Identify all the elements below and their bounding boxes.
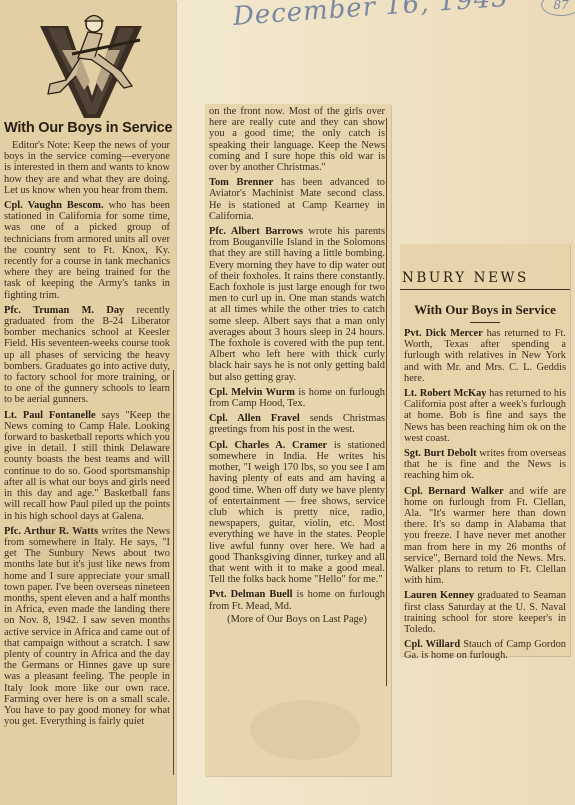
article-column-middle: on the front now. Most of the girls over…: [209, 106, 385, 629]
news-item: Pfc. Arthur R. Watts writes the News fro…: [4, 526, 170, 728]
clipping-left: With Our Boys in Service Editor's Note: …: [0, 0, 176, 805]
news-item: Sgt. Burt Debolt writes from overseas th…: [404, 448, 566, 482]
news-item: Pfc. Albert Barrows wrote his parents fr…: [209, 226, 385, 383]
article-column-left: Editor's Note: Keep the news of your boy…: [4, 140, 170, 731]
soldier-name: Cpl. Vaughn Bescom.: [4, 200, 104, 211]
title-divider: [470, 322, 500, 323]
column-rule: [173, 370, 174, 775]
soldier-name: Cpl. Allen Fravel: [209, 413, 300, 424]
soldier-name: Lauren Kenney: [404, 590, 474, 601]
newspaper-masthead: NBURY NEWS: [400, 270, 570, 290]
soldier-name: Cpl. Melvin Wurm: [209, 387, 295, 398]
news-item: Cpl. Allen Fravel sends Christmas greeti…: [209, 413, 385, 435]
soldier-name: Pvt. Dick Mercer: [404, 328, 483, 339]
clipping-middle: on the front now. Most of the girls over…: [205, 104, 391, 776]
clipping-right: NBURY NEWS With Our Boys in Service Pvt.…: [400, 244, 570, 656]
news-item: Cpl. Melvin Wurm is home on furlough fro…: [209, 387, 385, 409]
news-item: Pfc. Truman M. Day recently graduated fr…: [4, 305, 170, 406]
news-item: Pvt. Dick Mercer has returned to Ft. Wor…: [404, 328, 566, 384]
article-column-right: Pvt. Dick Mercer has returned to Ft. Wor…: [404, 328, 566, 666]
soldier-name: Pfc. Albert Barrows: [209, 226, 303, 237]
soldier-name: Cpl. Charles A. Cramer: [209, 440, 327, 451]
soldier-name: Pfc. Truman M. Day: [4, 305, 124, 316]
soldier-name: Sgt. Burt Debolt: [404, 448, 477, 459]
news-item: Cpl. Willard Stauch of Camp Gordon Ga. i…: [404, 639, 566, 661]
soldier-name: Lt. Robert McKay: [404, 388, 486, 399]
news-item: Tom Brenner has been advanced to Aviator…: [209, 177, 385, 222]
news-item: Cpl. Bernard Walker and wife are home on…: [404, 486, 566, 587]
soldier-name: Pvt. Delman Buell: [209, 589, 292, 600]
soldier-name: Cpl. Willard: [404, 639, 460, 650]
news-item: Lauren Kenney graduated to Seaman first …: [404, 590, 566, 635]
continued-text: on the front now. Most of the girls over…: [209, 106, 385, 173]
news-item: Cpl. Vaughn Bescom. who has been station…: [4, 200, 170, 301]
news-item: Lt. Robert McKay has returned to his Cal…: [404, 388, 566, 444]
soldier-v-logo-icon: [28, 10, 152, 120]
soldier-name: Tom Brenner: [209, 177, 273, 188]
editor-note-lead: Editor's Note:: [12, 140, 70, 151]
column-rule: [386, 118, 387, 686]
news-item: Pvt. Delman Buell is home on furlough fr…: [209, 589, 385, 611]
news-item: Cpl. Charles A. Cramer is stationed some…: [209, 440, 385, 586]
soldier-name: Cpl. Bernard Walker: [404, 486, 504, 497]
soldier-name: Pfc. Arthur R. Watts: [4, 526, 98, 537]
section-title: With Our Boys in Service: [400, 302, 570, 318]
editor-note: Editor's Note: Keep the news of your boy…: [4, 140, 170, 196]
continued-on-note: (More of Our Boys on Last Page): [209, 614, 385, 625]
news-item: Lt. Paul Fontanelle says "Keep the News …: [4, 410, 170, 522]
section-title: With Our Boys in Service: [4, 120, 172, 136]
soldier-name: Lt. Paul Fontanelle: [4, 410, 96, 421]
